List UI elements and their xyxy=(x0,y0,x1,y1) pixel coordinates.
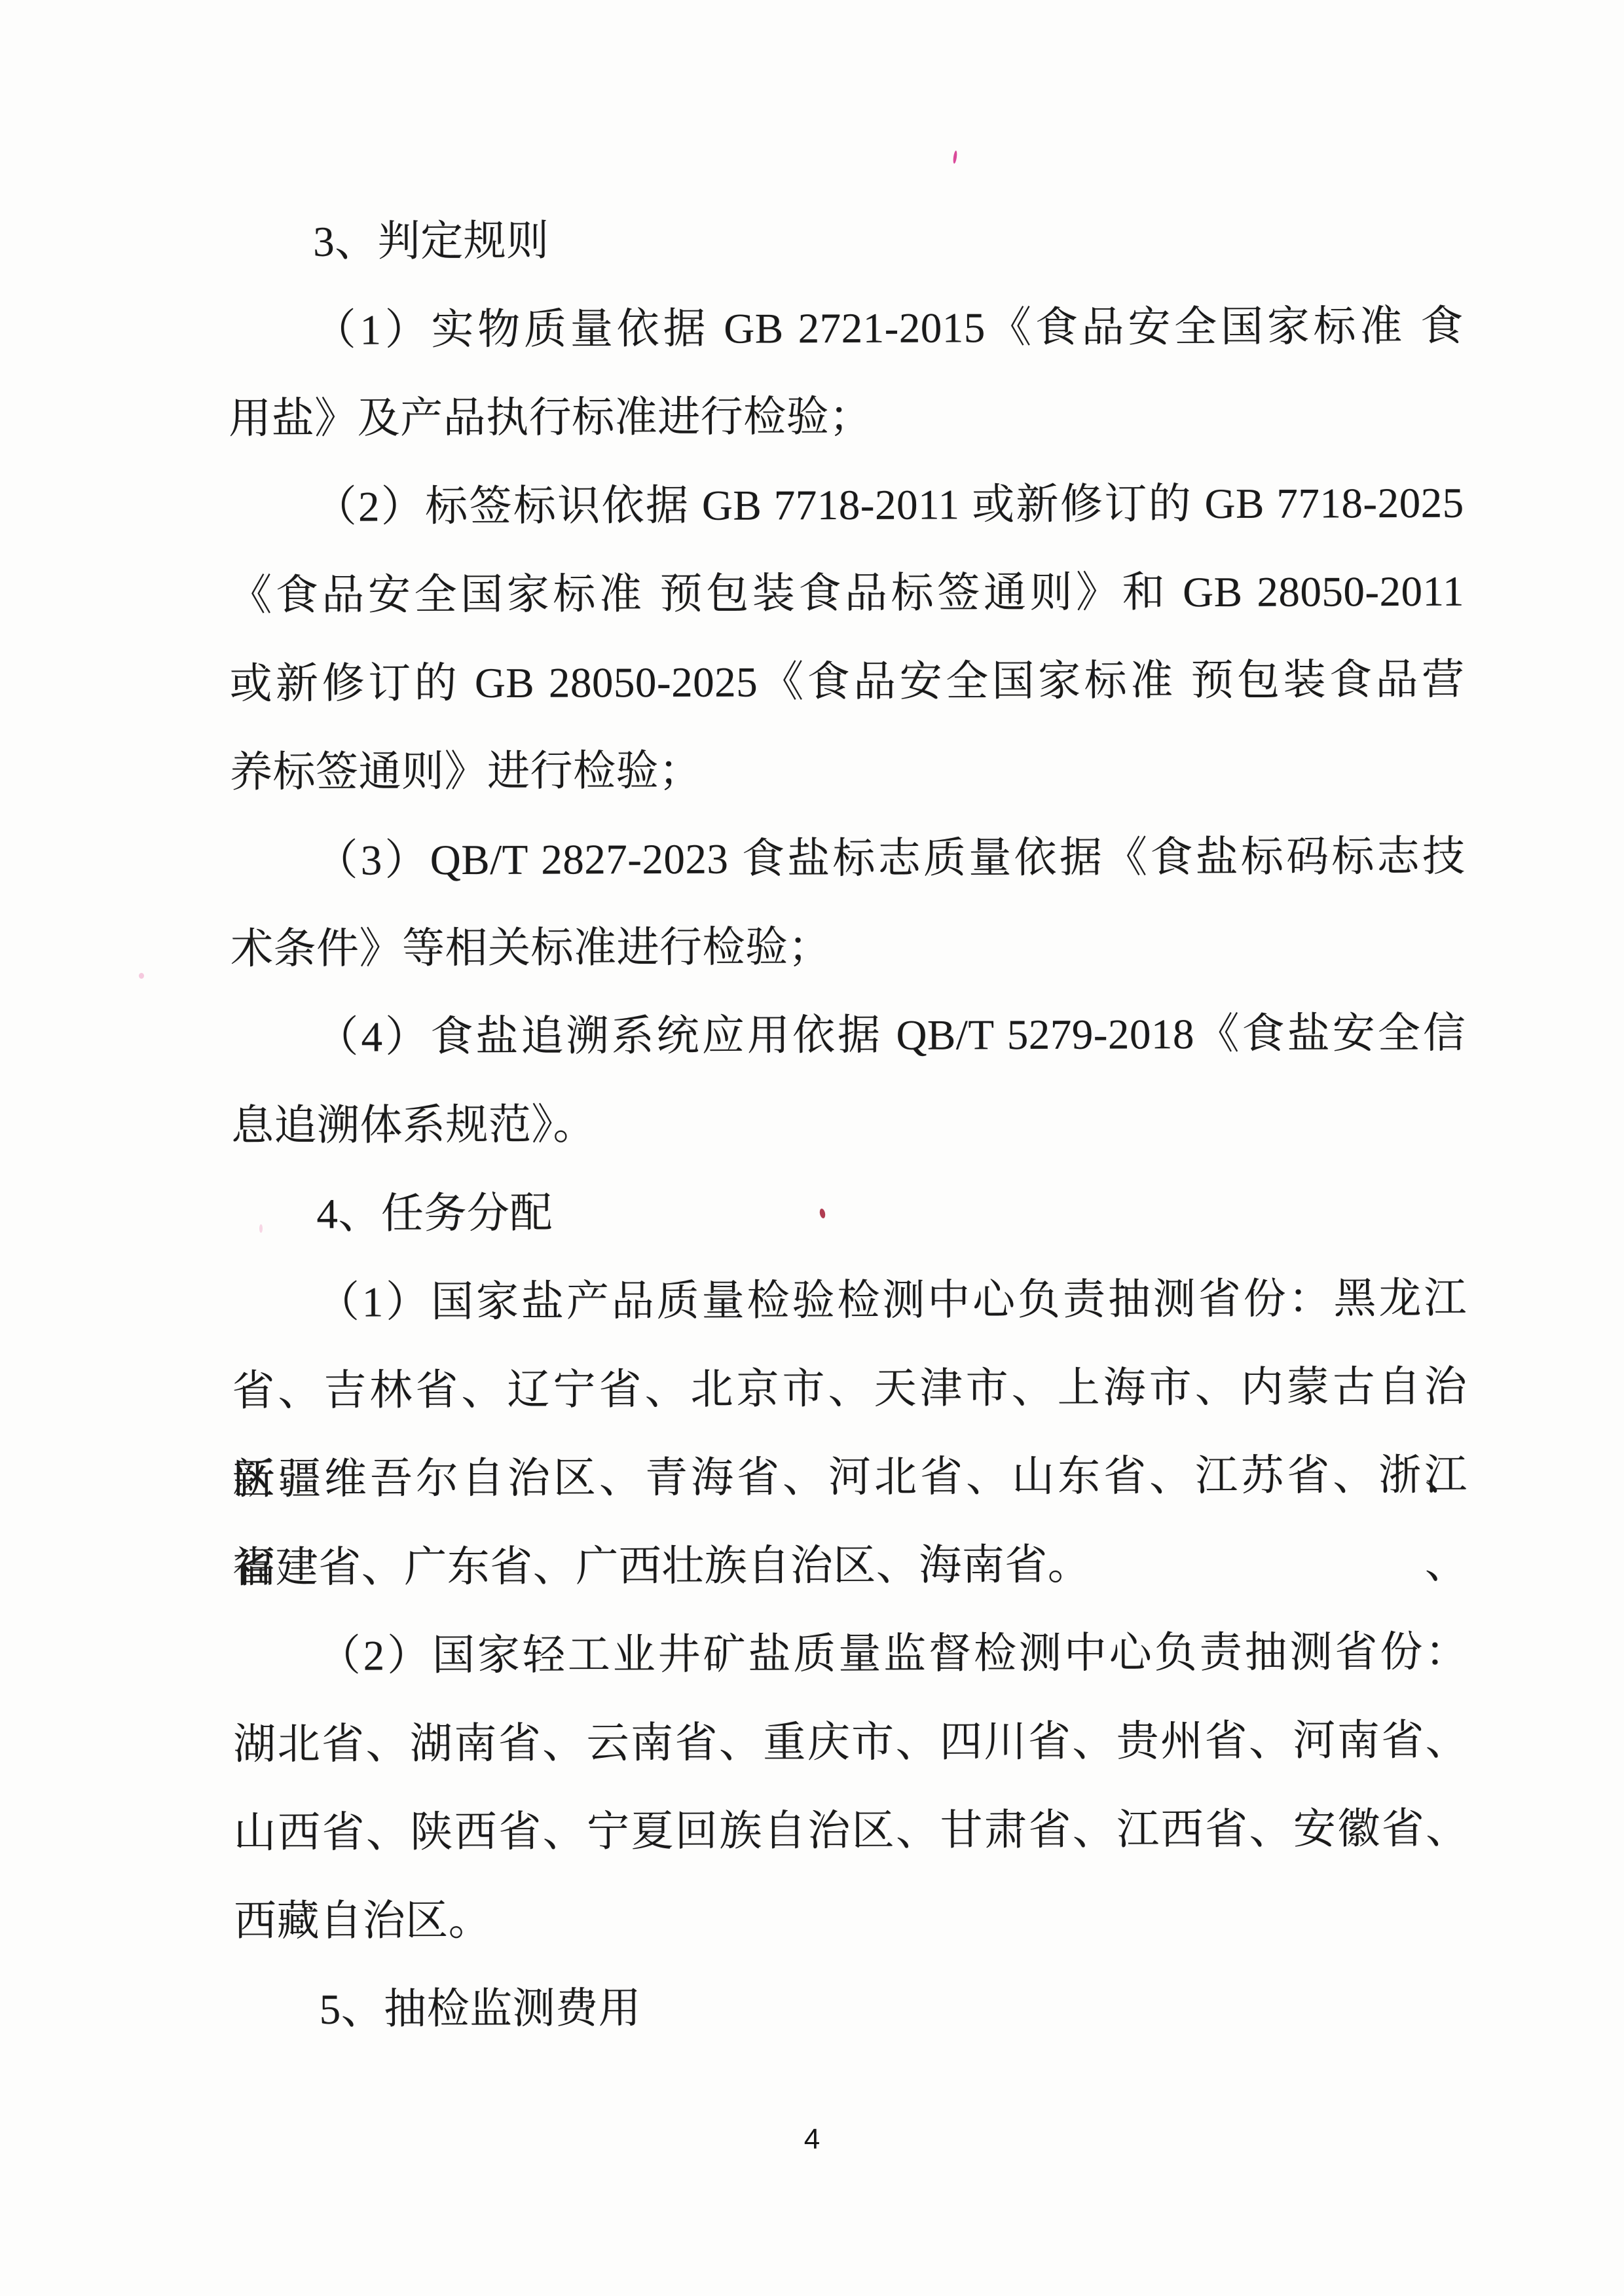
heading-judgment-rules: 3、判定规则 xyxy=(228,194,1463,287)
paragraph-line: 或新修订的 GB 28050-2025《食品安全国家标准 预包装食品营 xyxy=(229,636,1464,729)
scan-artifact-pink-dash xyxy=(259,1224,263,1233)
paragraph-line: 息追溯体系规范》。 xyxy=(231,1078,1466,1171)
heading-inspection-fees: 5、抽检监测费用 xyxy=(234,1962,1469,2055)
paragraph-line: 新疆维吾尔自治区、青海省、河北省、山东省、江苏省、浙江省、 xyxy=(232,1432,1467,1525)
paragraph-line: （1）国家盐产品质量检验检测中心负责抽测省份：黑龙江 xyxy=(232,1255,1467,1348)
paragraph-line: （1）实物质量依据 GB 2721-2015《食品安全国家标准 食 xyxy=(228,283,1463,376)
scan-artifact-magenta-dash xyxy=(953,151,958,164)
scan-artifact-pink-dot xyxy=(139,973,144,979)
paragraph-line: 《食品安全国家标准 预包装食品标签通则》和 GB 28050-2011 xyxy=(229,548,1464,641)
paragraph-line: 省、吉林省、辽宁省、北京市、天津市、上海市、内蒙古自治区、 xyxy=(232,1343,1467,1436)
paragraph-line: （3）QB/T 2827-2023 食盐标志质量依据《食盐标码标志技 xyxy=(230,813,1465,906)
paragraph-line: （2）国家轻工业井矿盐质量监督检测中心负责抽测省份： xyxy=(233,1609,1468,1702)
paragraph-line: 用盐》及产品执行标准进行检验； xyxy=(229,371,1464,464)
page-number: 4 xyxy=(0,2120,1624,2159)
paragraph-line: （2）标签标识依据 GB 7718-2011 或新修订的 GB 7718-202… xyxy=(229,460,1464,553)
paragraph-line: （4）食盐追溯系统应用依据 QB/T 5279-2018《食盐安全信 xyxy=(231,990,1466,1083)
document-body: 3、判定规则 （1）实物质量依据 GB 2721-2015《食品安全国家标准 食… xyxy=(228,194,1469,2055)
paragraph-line: 西藏自治区。 xyxy=(234,1874,1469,1967)
paragraph-line: 山西省、陕西省、宁夏回族自治区、甘肃省、江西省、安徽省、 xyxy=(233,1785,1468,1878)
paragraph-line: 湖北省、湖南省、云南省、重庆市、四川省、贵州省、河南省、 xyxy=(233,1697,1468,1790)
heading-task-allocation: 4、任务分配 xyxy=(231,1167,1466,1260)
paragraph-line: 术条件》等相关标准进行检验； xyxy=(231,902,1466,994)
paragraph-line: 养标签通则》进行检验； xyxy=(230,725,1465,818)
scanned-document-page: 3、判定规则 （1）实物质量依据 GB 2721-2015《食品安全国家标准 食… xyxy=(0,0,1624,2296)
